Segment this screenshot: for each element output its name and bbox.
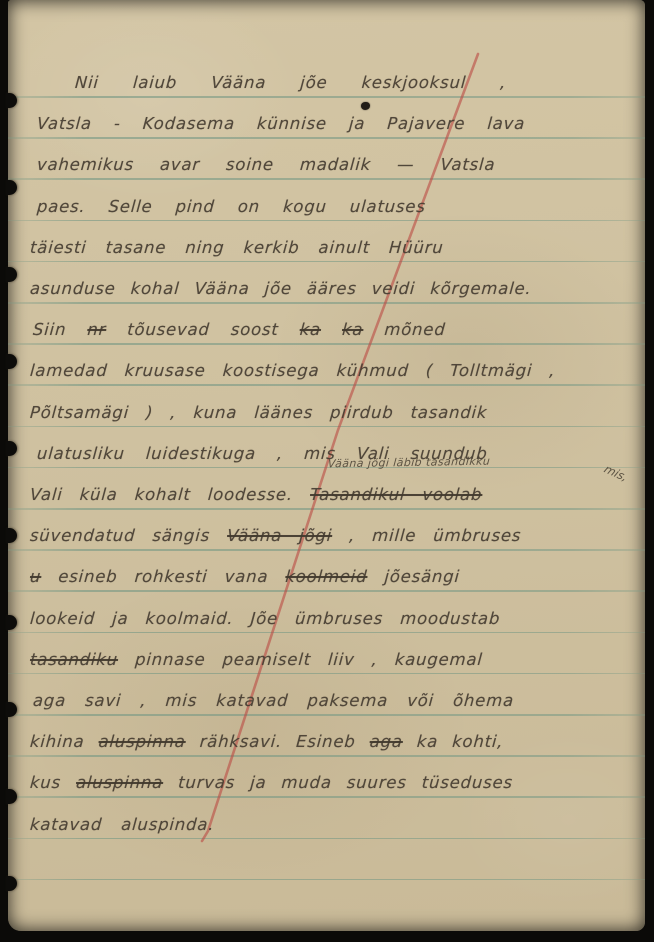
handwriting-line: täiesti tasane ning kerkib ainult Hüüru: [29, 233, 445, 263]
inserted-annotation-suffix-text: mis,: [602, 462, 631, 484]
handwriting-segment: lookeid ja koolmaid. Jõe ümbruses moodus…: [29, 609, 501, 628]
handwriting-segment: turvas ja muda suures tüseduses: [162, 773, 513, 792]
handwriting-segment: kihina: [29, 732, 99, 751]
handwriting-segment: tõusevad soost: [106, 320, 301, 339]
struck-word: ka: [299, 320, 322, 339]
binding-hole: [6, 876, 17, 891]
handwriting-segment: esineb rohkesti vana: [41, 567, 286, 586]
binding-hole: [6, 789, 17, 804]
handwriting-line: Põltsamägi ) , kuna läänes piirdub tasan…: [29, 398, 488, 428]
handwriting-segment: täiesti tasane ning kerkib ainult Hüüru: [29, 238, 444, 257]
handwriting-segment: asunduse kohal Vääna jõe ääres veidi kõr…: [29, 279, 532, 298]
handwriting-segment: katavad aluspinda.: [29, 815, 215, 834]
struck-word: aluspinna: [98, 732, 186, 751]
handwriting-line: aga savi , mis katavad paksema või õhema: [32, 686, 515, 716]
handwriting-segment: [320, 320, 342, 339]
handwriting-segment: rähksavi. Esineb: [185, 732, 370, 751]
handwriting-segment: Nii laiub Vääna jõe keskjooksul ,: [74, 73, 507, 92]
handwriting-line: lookeid ja koolmaid. Jõe ümbruses moodus…: [29, 604, 501, 634]
binding-hole: [6, 615, 17, 630]
struck-word: Vääna jõgi: [226, 526, 332, 545]
handwriting-segment: mõned: [363, 320, 447, 339]
handwriting-line: Siin nr tõusevad soost ka ka mõned: [32, 315, 447, 345]
binding-hole: [6, 93, 17, 108]
handwriting-segment: vahemikus avar soine madalik — Vatsla: [36, 155, 496, 174]
binding-hole: [6, 528, 17, 543]
notebook-paper: Nii laiub Vääna jõe keskjooksul ,Vatsla …: [8, 0, 645, 931]
inserted-annotation-suffix: mis,: [602, 462, 631, 484]
handwriting-segment: kus: [29, 773, 76, 792]
handwriting-segment: paes. Selle pind on kogu ulatuses: [36, 197, 426, 216]
handwriting-line: Vatsla - Kodasema künnise ja Pajavere la…: [36, 109, 526, 139]
struck-word: ka: [341, 320, 364, 339]
struck-word: aga: [369, 732, 403, 751]
handwriting-segment: jõesängi: [367, 567, 461, 586]
handwriting-segment: pinnase peamiselt liiv , kaugemal: [117, 650, 483, 669]
binding-hole: [6, 354, 17, 369]
handwriting-segment: Vatsla - Kodasema künnise ja Pajavere la…: [36, 114, 525, 133]
handwriting-line: süvendatud sängis Vääna jõgi , mille ümb…: [29, 521, 522, 551]
struck-word: koolmeid: [285, 567, 368, 586]
handwriting-segment: Vali küla kohalt loodesse.: [29, 485, 310, 504]
handwriting-line: u esineb rohkesti vana koolmeid jõesängi: [29, 562, 461, 592]
struck-word: aluspinna: [75, 773, 163, 792]
scanned-page: Nii laiub Vääna jõe keskjooksul ,Vatsla …: [0, 0, 654, 942]
struck-word: Tasandikul voolab: [309, 485, 483, 504]
handwriting-line: paes. Selle pind on kogu ulatuses: [36, 192, 427, 222]
binding-hole: [6, 441, 17, 456]
handwriting-segment: süvendatud sängis: [29, 526, 227, 545]
handwriting-line: vahemikus avar soine madalik — Vatsla: [36, 150, 496, 180]
handwriting-line: kus aluspinna turvas ja muda suures tüse…: [29, 768, 514, 798]
handwriting-line: tasandiku pinnase peamiselt liiv , kauge…: [29, 645, 484, 675]
handwriting-line: kihina aluspinna rähksavi. Esineb aga ka…: [29, 727, 504, 757]
handwriting-line: Vali küla kohalt loodesse. Tasandikul vo…: [29, 480, 483, 510]
handwriting-segment: , mille ümbruses: [332, 526, 522, 545]
ruled-line: [8, 879, 645, 881]
binding-hole: [6, 267, 17, 282]
handwriting-line: asunduse kohal Vääna jõe ääres veidi kõr…: [29, 274, 533, 304]
handwriting-segment: Siin: [32, 320, 88, 339]
handwriting-line: Nii laiub Vääna jõe keskjooksul ,: [74, 68, 507, 98]
handwriting-segment: aga savi , mis katavad paksema või õhema: [32, 691, 514, 710]
struck-word: nr: [87, 320, 107, 339]
handwriting-segment: Põltsamägi ) , kuna läänes piirdub tasan…: [29, 403, 488, 422]
handwriting-segment: lamedad kruusase koostisega kühmud ( Tol…: [29, 361, 556, 380]
binding-hole: [6, 180, 17, 195]
handwriting-line: katavad aluspinda.: [29, 810, 215, 840]
struck-word: tasandiku: [29, 650, 118, 669]
handwriting-segment: ka kohti,: [402, 732, 504, 751]
handwriting-line: lamedad kruusase koostisega kühmud ( Tol…: [29, 356, 557, 386]
